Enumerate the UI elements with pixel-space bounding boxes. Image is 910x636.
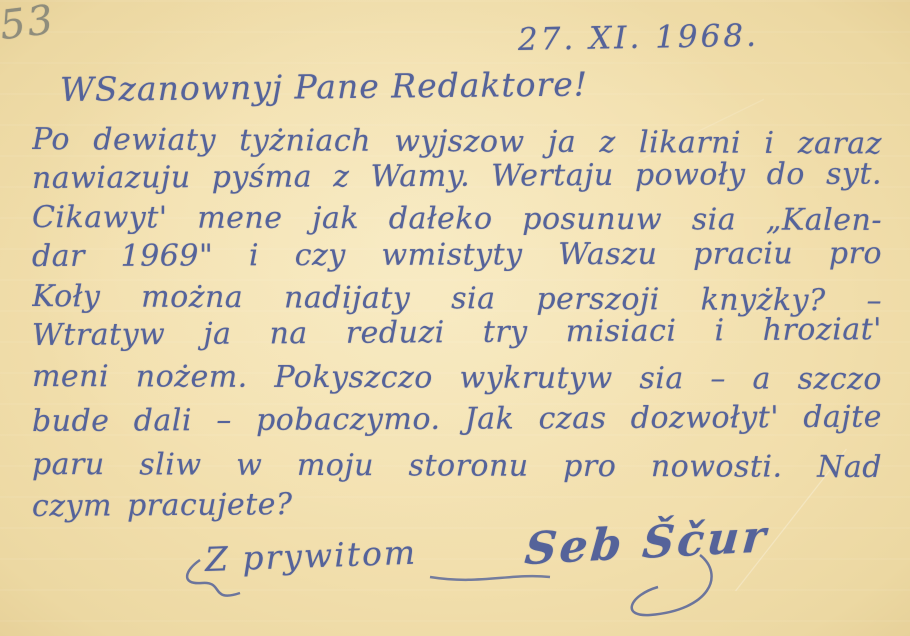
archive-number: 53 — [0, 0, 58, 49]
letter-date: 27. XI. 1968. — [518, 18, 760, 58]
body-line: meni nożem. Pokyszczo wykrutyw sia – a s… — [32, 359, 882, 400]
body-line: Wtratyw ja na reduzi try misiaci i hrozi… — [32, 312, 882, 356]
body-line: nawiazuju pyśma z Wamy. Wertaju powoły d… — [32, 157, 882, 199]
body-line: Cikawyt' mene jak dałeko posunuw sia „Ka… — [32, 200, 882, 241]
closing-phrase: Z prywitom — [204, 533, 417, 579]
salutation: WSzanownyj Pane Redaktore! — [60, 64, 588, 109]
body-line: paru sliw w moju storonu pro nowosti. Na… — [32, 447, 882, 488]
body-line: dar 1969" i czy wmistyty Waszu praciu pr… — [32, 236, 882, 277]
body-line: bude dali – pobaczymo. Jak czas dozwołyt… — [32, 400, 882, 442]
